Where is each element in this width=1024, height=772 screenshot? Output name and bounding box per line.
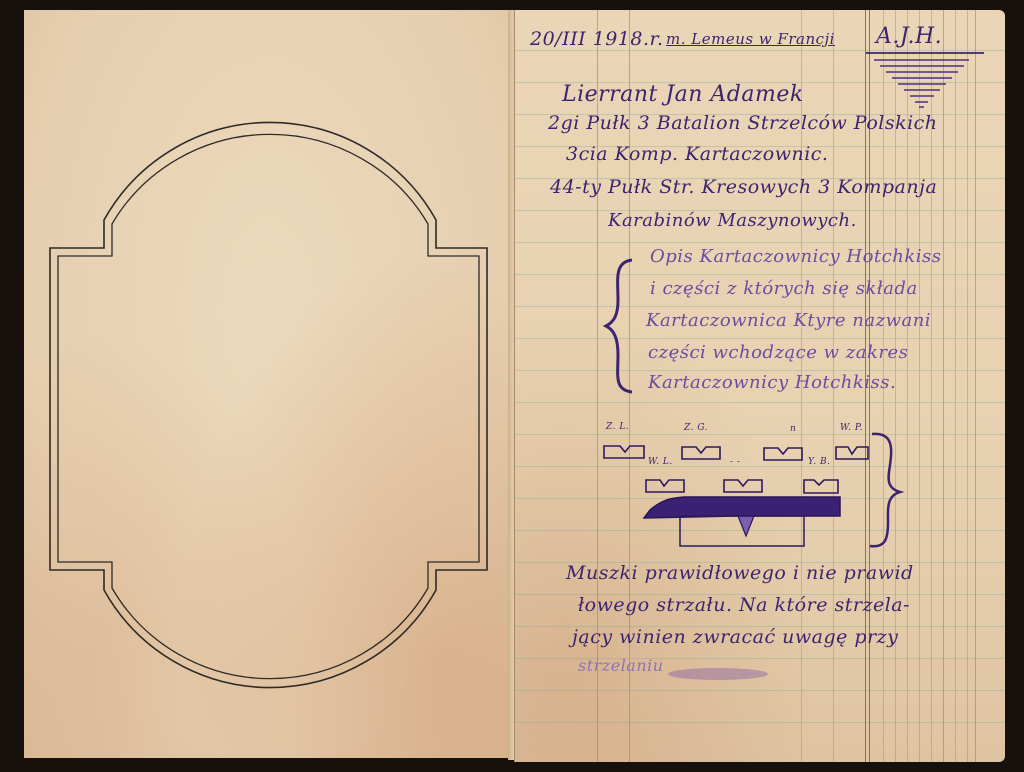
label-zl: Z. L.: [606, 422, 629, 432]
notebook: 20/III 1918.r. m. Lemeus w Francji A.J.H…: [0, 0, 1024, 772]
footer-line-1: Muszki prawidłowego i nie prawid: [566, 562, 914, 584]
line-3: 3cia Komp. Kartaczownic.: [566, 143, 828, 165]
bracket-line-1: Opis Kartaczownicy Hotchkiss: [650, 246, 941, 267]
label-yb: Y. B.: [808, 457, 830, 467]
label-wp: W. P.: [840, 423, 863, 433]
footer-line-2: łowego strzału. Na które strzela-: [578, 594, 910, 616]
label-dash: - -: [730, 457, 740, 467]
bracket-line-2: i części z których się składa: [650, 278, 918, 299]
line-1: Lierrant Jan Adamek: [562, 82, 804, 107]
bracket-line-5: Kartaczownicy Hotchkiss.: [648, 372, 896, 393]
label-n: n: [790, 424, 796, 434]
footer-line-3: jący winien zwracać uwagę przy: [572, 626, 898, 648]
ornamental-frame: [24, 10, 514, 758]
bracket-line-4: części wchodzące w zakres: [648, 342, 908, 363]
line-4: 44-ty Pułk Str. Kresowych 3 Kompanja: [550, 176, 937, 198]
bracket-line-3: Kartaczownica Ktyre nazwani: [646, 310, 931, 331]
line-2: 2gi Pułk 3 Batalion Strzelców Polskich: [548, 112, 938, 134]
line-5: Karabinów Maszynowych.: [608, 210, 857, 231]
label-wl: W. L.: [648, 457, 673, 467]
footer-line-4: strzelaniu: [578, 656, 664, 675]
label-zg: Z. G.: [684, 423, 708, 433]
